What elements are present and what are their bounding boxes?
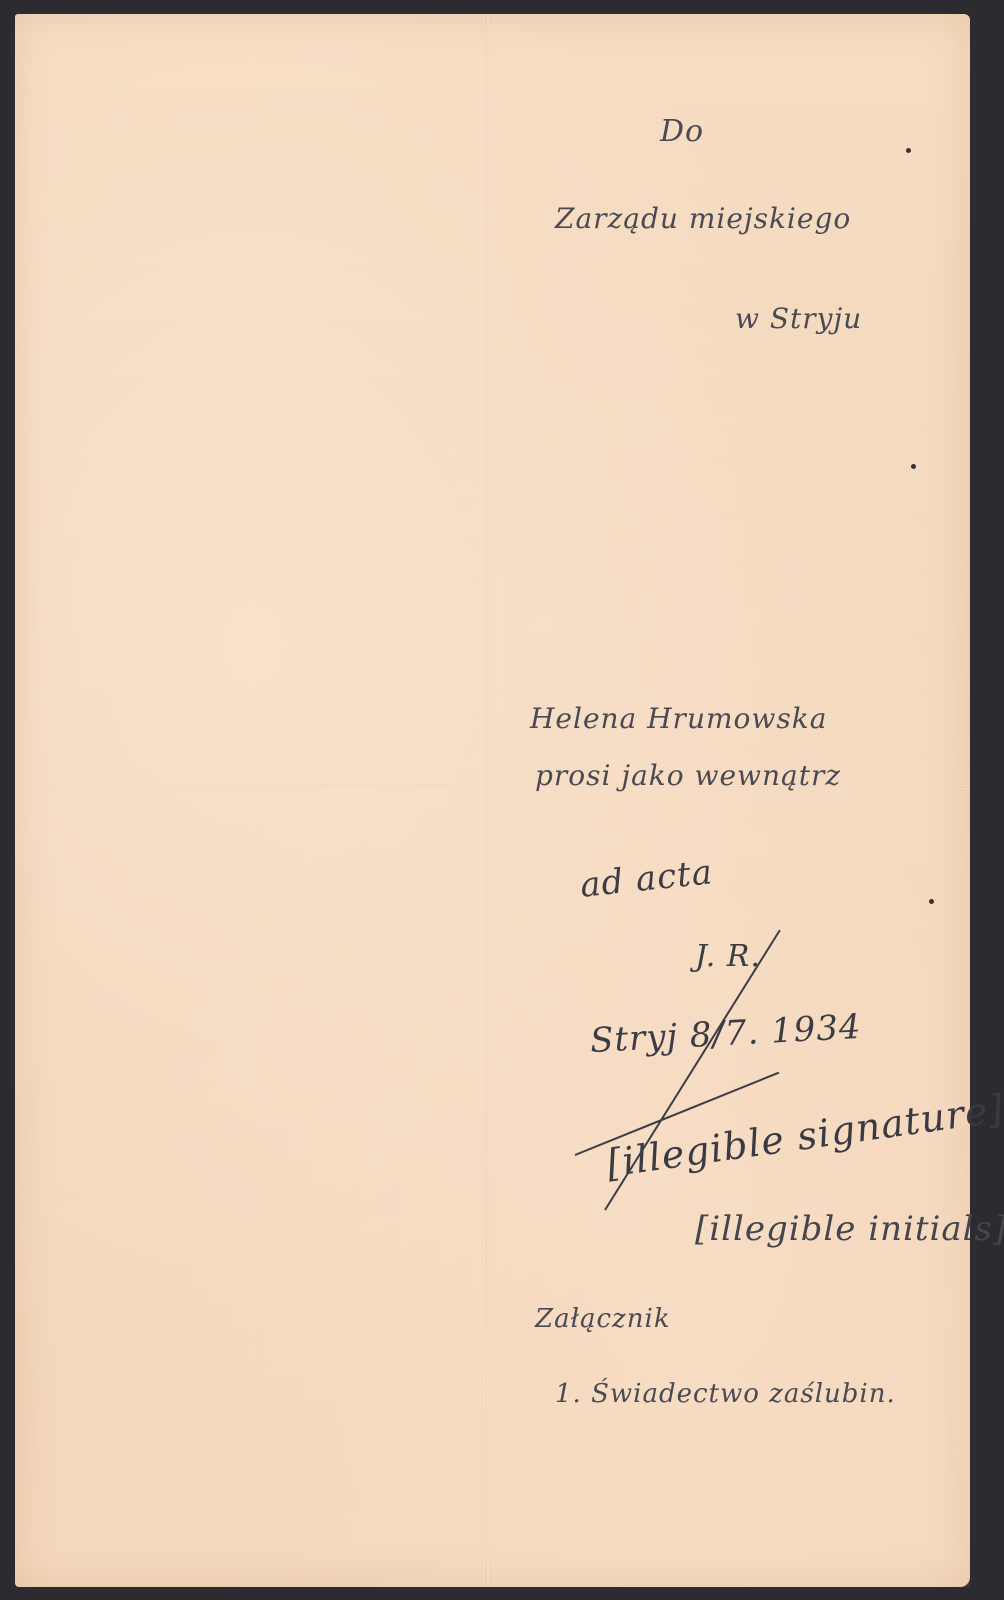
official-signature: [illegible signature] xyxy=(604,1086,1004,1185)
enclosure-heading: Załącznik xyxy=(535,1304,671,1334)
document-page: Do Zarządu miejskiego w Stryju Helena Hr… xyxy=(15,14,970,1587)
official-initials: [illegible initials] xyxy=(695,1209,1004,1249)
request-text: prosi jako wewnątrz xyxy=(535,759,841,792)
binding-hole xyxy=(906,148,911,153)
enclosure-item: 1. Świadectwo zaślubin. xyxy=(555,1379,896,1409)
vertical-fold-crease xyxy=(486,14,490,1587)
addressee-line-2: Zarządu miejskiego xyxy=(555,202,851,235)
addressee-line-1: Do xyxy=(660,114,704,149)
annotation-ad-acta: ad acta xyxy=(578,852,715,906)
applicant-name: Helena Hrumowska xyxy=(530,702,827,735)
annotation-initials: J. R. xyxy=(695,939,761,974)
binding-hole xyxy=(911,464,916,469)
addressee-line-3: w Stryju xyxy=(735,302,862,335)
binding-hole xyxy=(929,899,934,904)
